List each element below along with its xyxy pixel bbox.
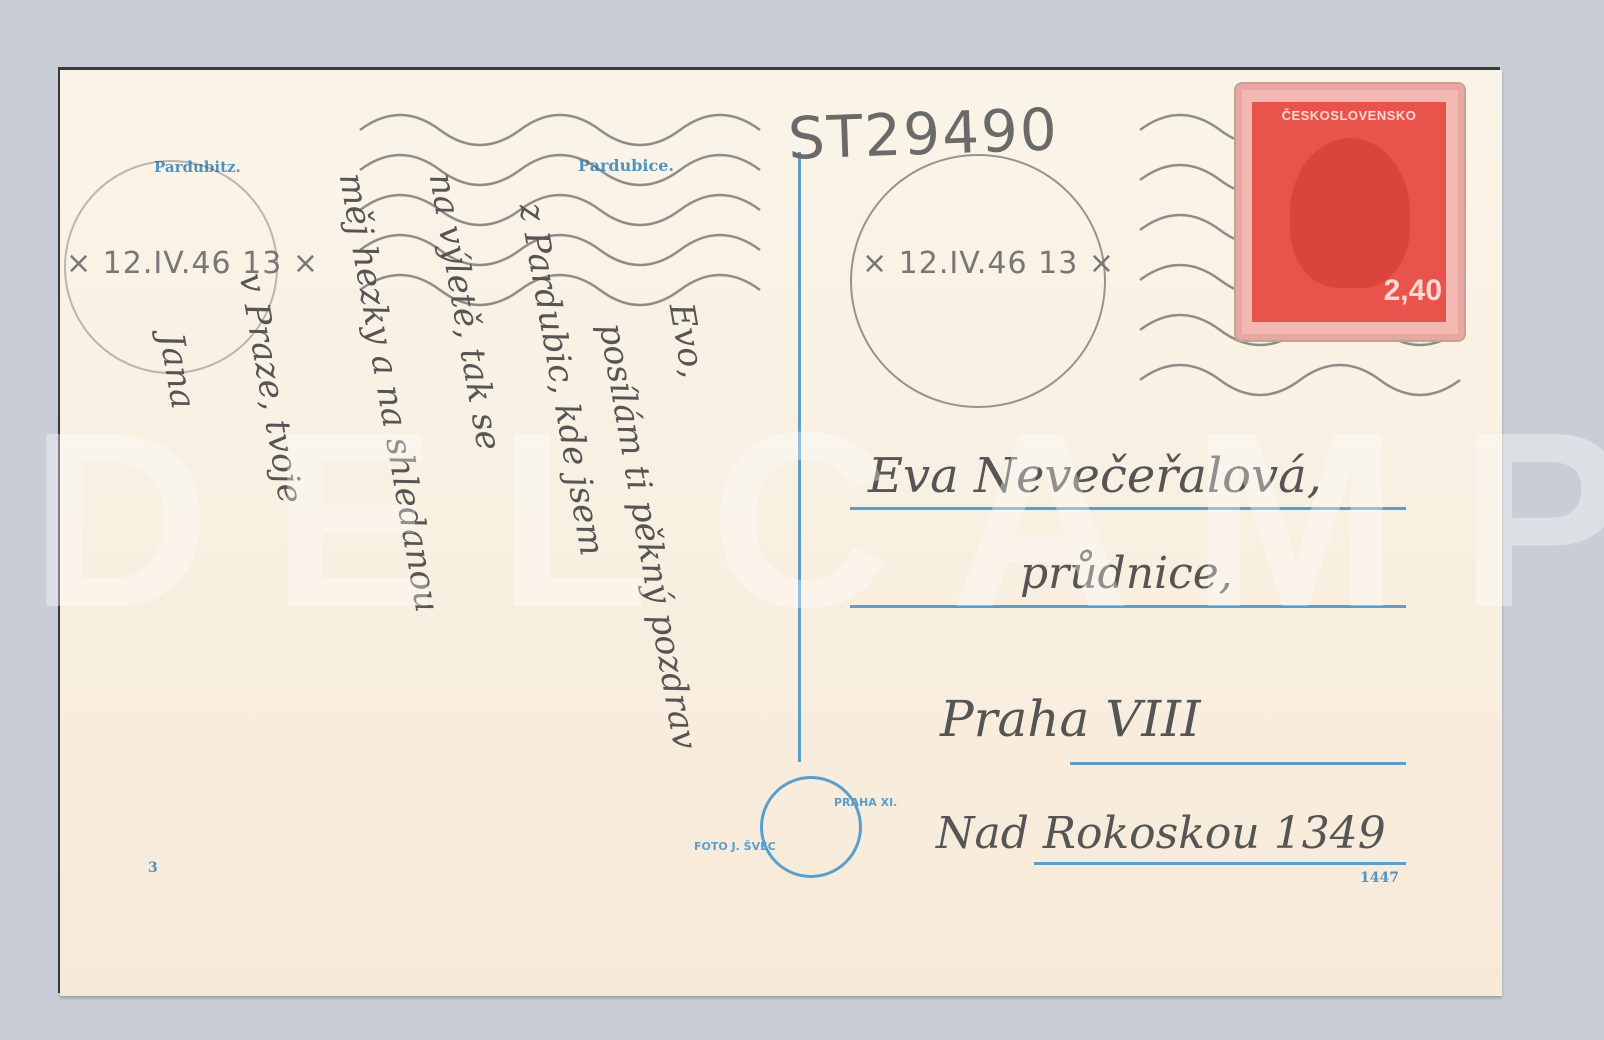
publisher-city: PRAHA XI. bbox=[834, 796, 897, 809]
address-city: Praha VIII bbox=[940, 690, 1201, 748]
publisher-name: FOTO J. ŠVEC bbox=[694, 840, 776, 853]
address-line-occupation: průdnice, bbox=[1020, 548, 1233, 599]
publisher-logo-icon bbox=[760, 776, 862, 878]
address-street: Nad Rokoskou 1349 bbox=[936, 808, 1386, 859]
stamp-value: 2,40 bbox=[1384, 274, 1442, 308]
postage-stamp: ČESKOSLOVENSKO 2,40 bbox=[1236, 84, 1464, 340]
portrait-icon bbox=[1290, 138, 1410, 288]
postcard-back: Pardubitz. Pardubice. 3 1447 ST29490 × 1… bbox=[60, 70, 1502, 996]
postmark-right bbox=[850, 154, 1106, 408]
postmark-right-date: × 12.IV.46 13 × bbox=[862, 246, 1115, 281]
postmark-left-date: × 12.IV.46 13 × bbox=[66, 246, 319, 281]
address-name: Eva Nevečeřalová, bbox=[868, 448, 1322, 504]
stamp-country: ČESKOSLOVENSKO bbox=[1252, 108, 1446, 123]
